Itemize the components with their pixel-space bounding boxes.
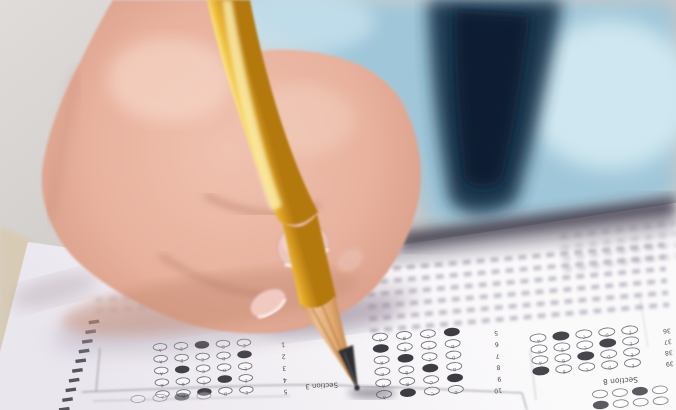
question-number: 9 [497, 375, 501, 382]
bubble [131, 395, 145, 403]
question-number: 7 [495, 352, 499, 359]
knuckle-highlight [108, 38, 232, 122]
bubble-filled [175, 366, 189, 374]
question-number: 5 [283, 388, 287, 395]
question-number: 38 [665, 349, 674, 357]
question-number: 1 [281, 341, 285, 348]
pencil-contact-point [354, 385, 359, 390]
question-number: 5 [494, 329, 498, 336]
bubble [153, 394, 167, 402]
section-label-left: Section 3 [305, 381, 338, 391]
question-number: 2 [281, 352, 285, 359]
bubble [197, 392, 211, 400]
question-number: 8 [496, 363, 500, 370]
question-number: 39 [665, 359, 674, 367]
bubble-filled [175, 393, 189, 401]
question-number: 6 [495, 340, 499, 347]
bubble-filled [218, 375, 232, 383]
question-number: 10 [494, 386, 502, 394]
question-number: 36 [663, 327, 672, 335]
photo-canvas: ABDE1ABCD2ACDE3ABCE4ABDE5ABC5BCD6ACD7ABD… [0, 0, 676, 410]
photo-exam-bubble-sheet: ABDE1ABCD2ACDE3ABCE4ABDE5ABC5BCD6ACD7ABD… [0, 0, 676, 410]
question-number: 4 [283, 376, 287, 383]
question-number: 3 [282, 364, 286, 371]
bubble-filled [238, 351, 252, 359]
question-number: 37 [664, 338, 673, 346]
